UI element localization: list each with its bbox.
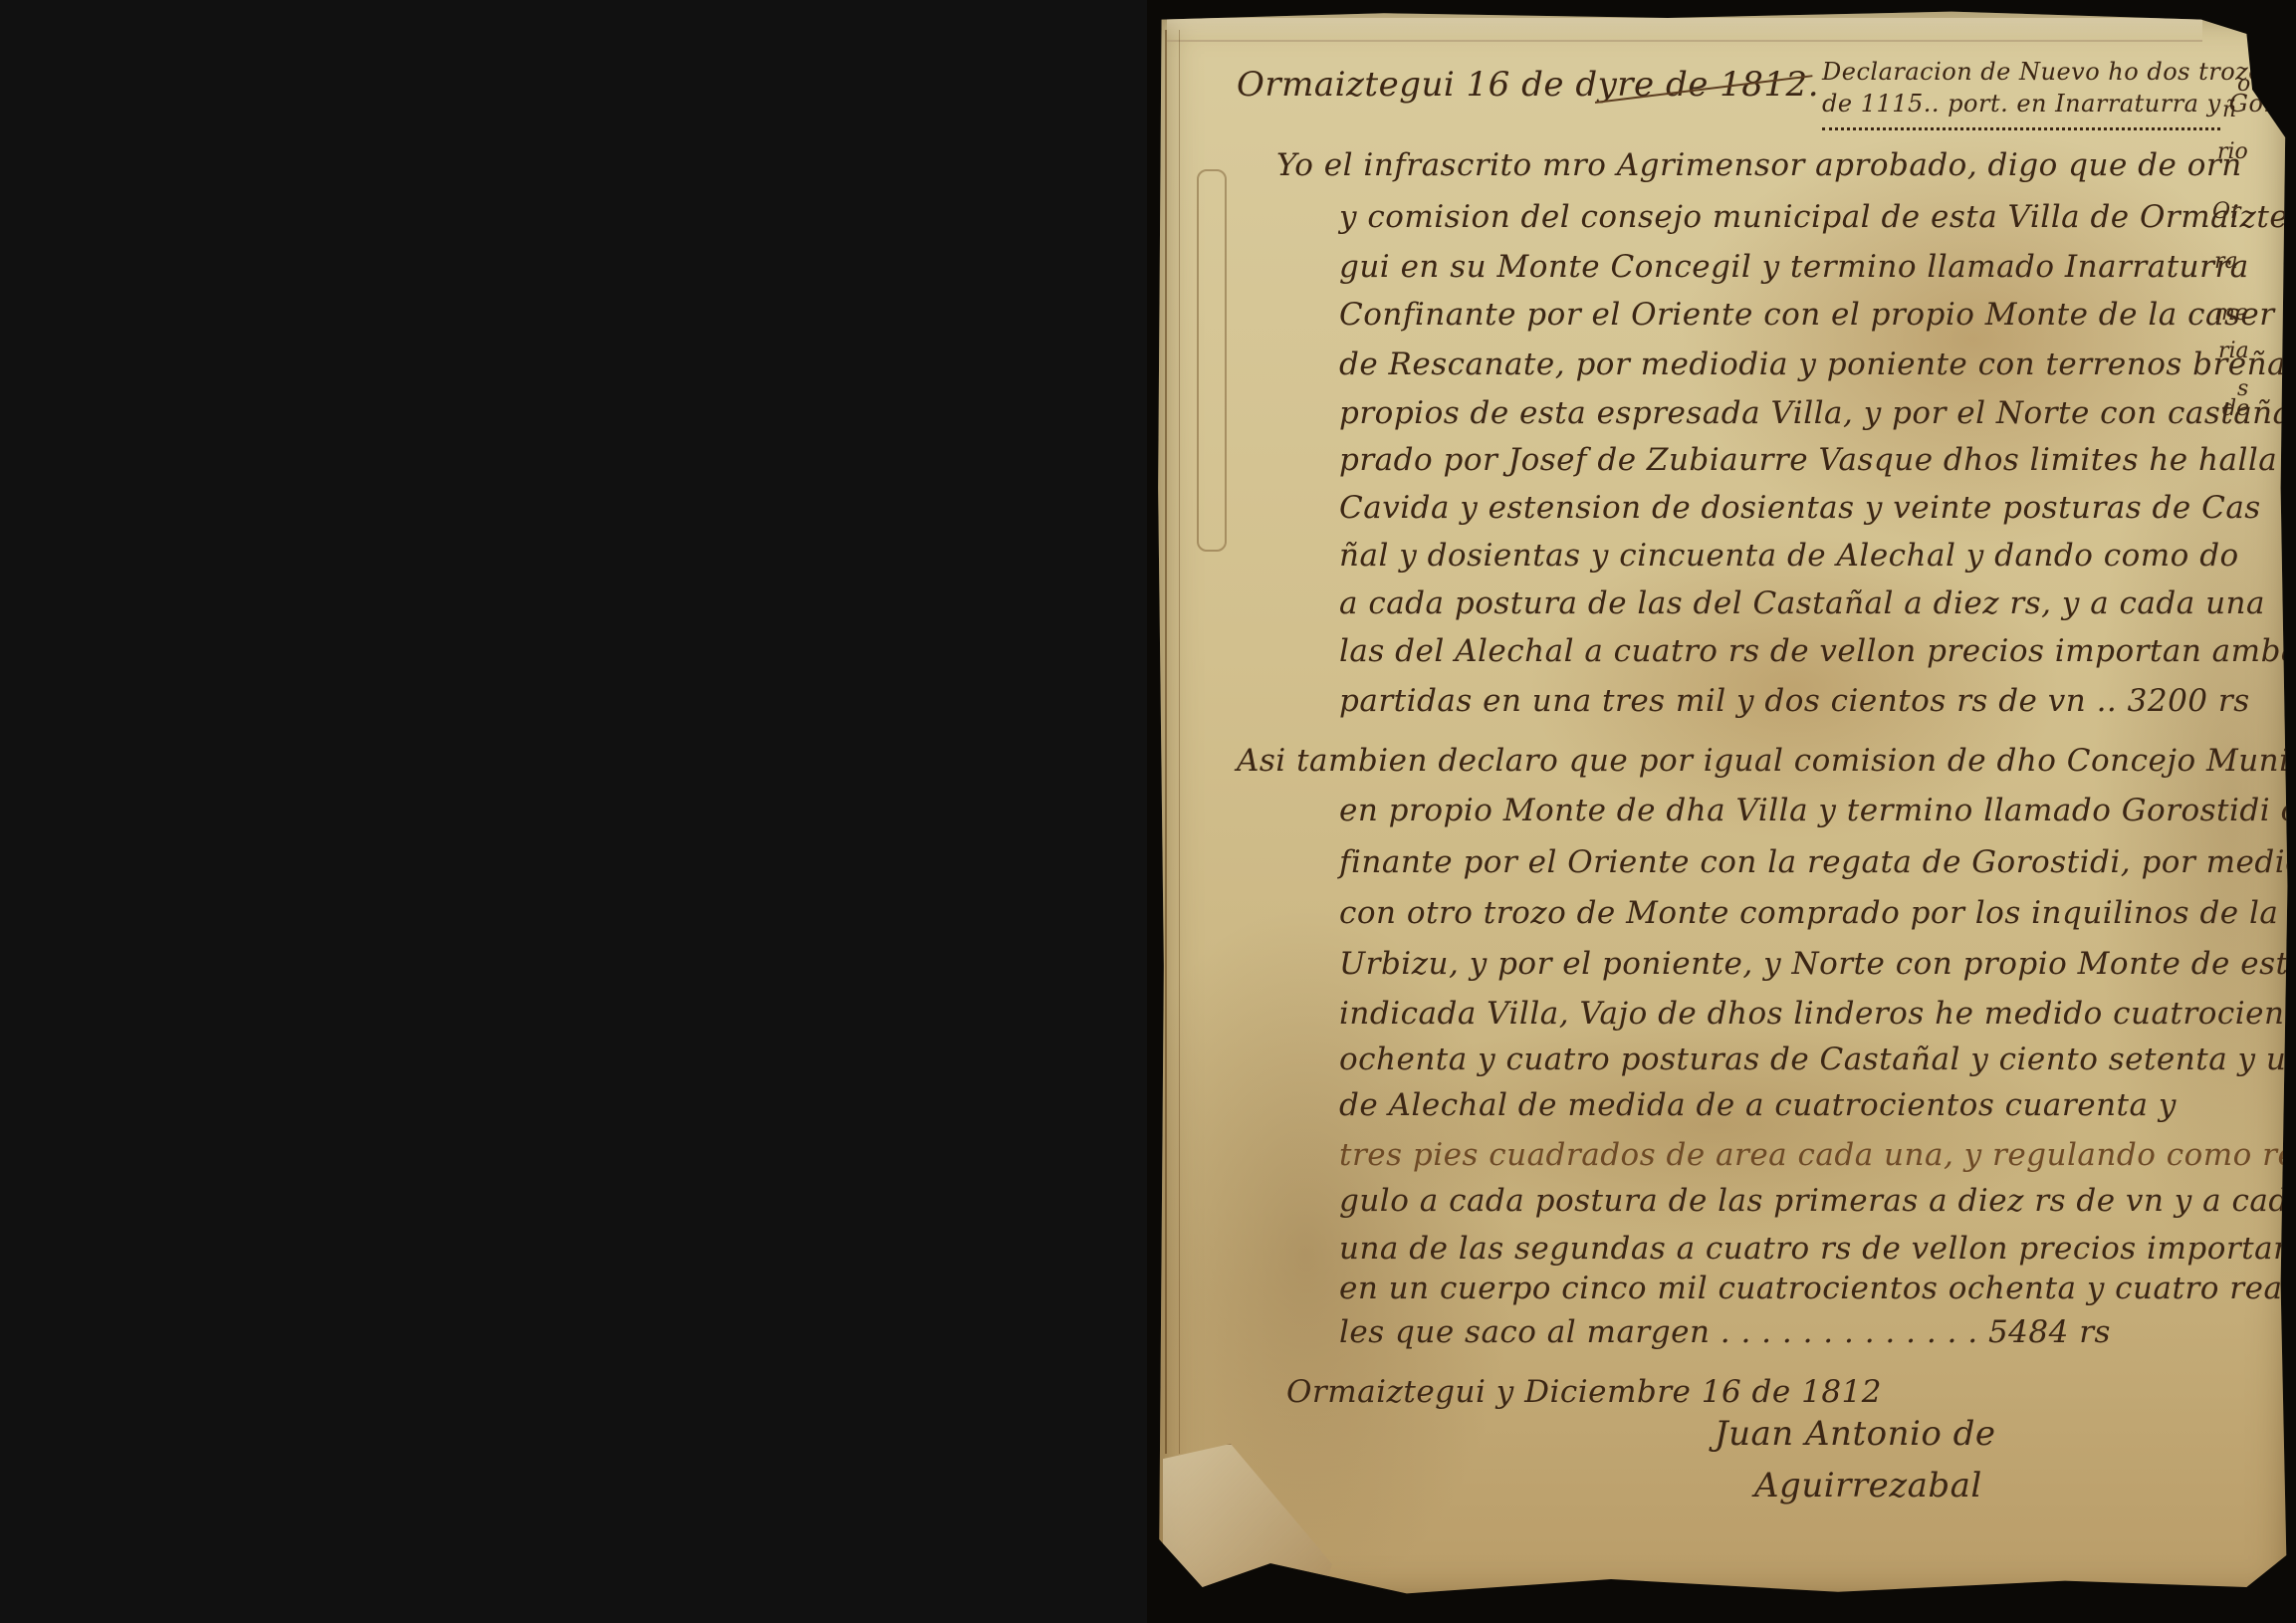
body-line-7: prado por Josef de Zubiaurre Vasque dhos…	[1339, 442, 2277, 478]
viewer-background	[0, 0, 1147, 1623]
signature-line-1: Juan Antonio de	[1715, 1414, 1996, 1454]
body2-line-1: Asi tambien declaro que por igual comisi…	[1237, 743, 2296, 779]
header-side-note-line1: Declaracion de Nuevo ho dos trozos de t	[1822, 58, 2296, 86]
margin-note: de	[2222, 396, 2249, 421]
body2-line-4: con otro trozo de Monte comprado por los…	[1339, 895, 2296, 931]
margin-note: ria	[2218, 339, 2249, 363]
margin-note: me	[2214, 301, 2248, 326]
body-line-8: Cavida y estension de dosientas y veinte…	[1339, 490, 2261, 526]
page-top-fold	[1167, 18, 2202, 42]
body2-line-9: tres pies cuadrados de area cada una, y …	[1339, 1137, 2296, 1173]
margin-note: ra	[2214, 249, 2238, 274]
body2-line-10: gulo a cada postura de las primeras a di…	[1339, 1183, 2296, 1219]
body-line-5: de Rescanate, por mediodia y poniente co…	[1339, 347, 2296, 382]
body2-line-11: una de las segundas a cuatro rs de vello…	[1339, 1231, 2294, 1267]
body-line-11: las del Alechal a cuatro rs de vellon pr…	[1339, 633, 2296, 669]
body2-line-5: Urbizu, y por el poniente, y Norte con p…	[1339, 946, 2296, 982]
page-spine-edge	[1165, 30, 1180, 1454]
side-note-underline	[1822, 121, 2220, 130]
body2-line-12: en un cuerpo cinco mil cuatrocientos och…	[1339, 1271, 2282, 1306]
body-line-9: ñal y dosientas y cincuenta de Alechal y…	[1339, 538, 2239, 574]
body-line-6: propios de esta espresada Villa, y por e…	[1339, 395, 2296, 431]
margin-note: Or	[2212, 199, 2241, 224]
body2-line-13-total: les que saco al margen . . . . . . . . .…	[1339, 1314, 2111, 1350]
closing-place-date: Ormaiztegui y Diciembre 16 de 1812	[1286, 1374, 1882, 1410]
body2-line-8: de Alechal de medida de a cuatrocientos …	[1339, 1087, 2177, 1123]
body-line-10: a cada postura de las del Castañal a die…	[1339, 585, 2265, 621]
margin-note: rio	[2217, 139, 2248, 164]
body2-line-7: ochenta y cuatro posturas de Castañal y …	[1339, 1042, 2296, 1077]
body-line-1: Yo el infrascrito mro Agrimensor aprobad…	[1276, 147, 2242, 183]
margin-note: o	[2237, 72, 2250, 97]
body2-line-6: indicada Villa, Vajo de dhos linderos he…	[1339, 996, 2296, 1032]
signature-line-2: Aguirrezabal	[1754, 1466, 1982, 1506]
binding-thread	[1197, 169, 1227, 552]
body-line-4: Confinante por el Oriente con el propio …	[1339, 297, 2275, 333]
body2-line-3: finante por el Oriente con la regata de …	[1339, 844, 2296, 880]
body-line-2: y comision del consejo municipal de esta…	[1339, 199, 2288, 235]
manuscript-page: Ormaiztegui 16 de dyre de 1812. Declarac…	[1157, 10, 2292, 1603]
body2-line-2: en propio Monte de dha Villa y termino l…	[1339, 793, 2296, 828]
body-line-3: gui en su Monte Concegil y termino llama…	[1339, 249, 2249, 285]
body-line-12: partidas en una tres mil y dos cientos r…	[1339, 683, 2250, 719]
margin-note: ñ	[2222, 98, 2236, 122]
